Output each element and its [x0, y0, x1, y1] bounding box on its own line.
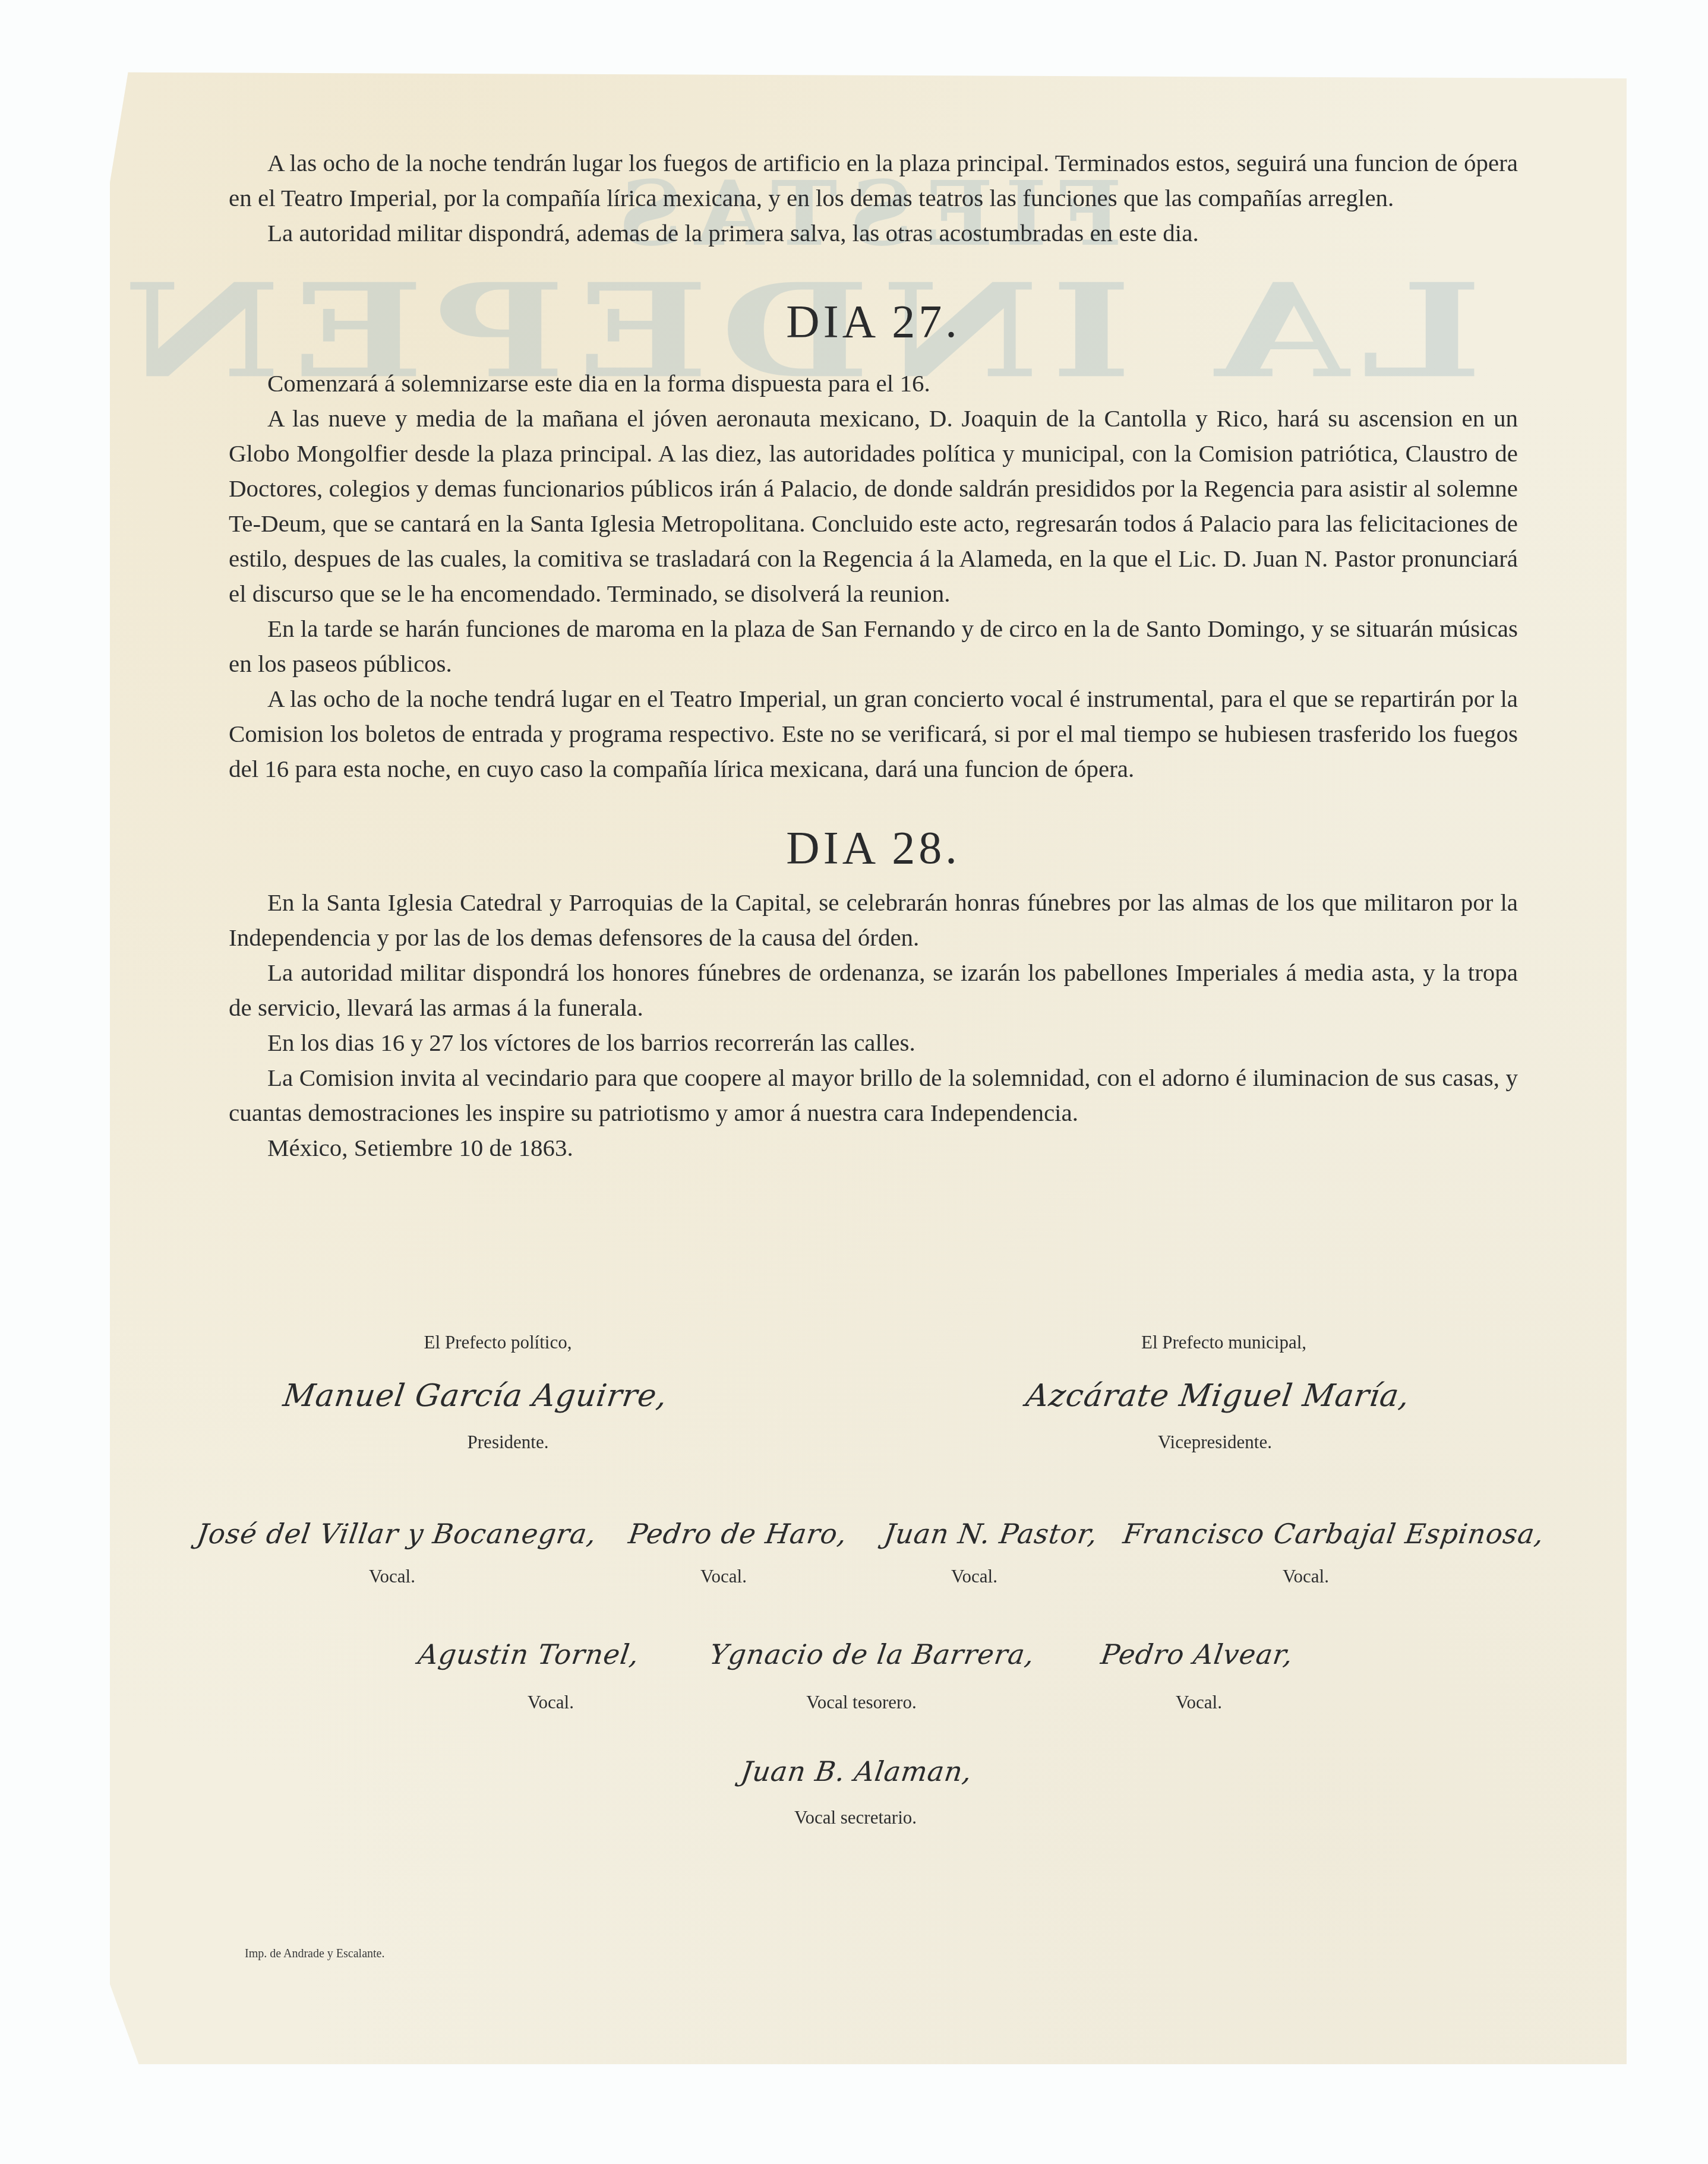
dateline: México, Setiembre 10 de 1863.: [229, 1130, 1518, 1165]
section-heading-dia-27: DIA 27.: [229, 295, 1518, 348]
paragraph: Comenzará á solemnizarse este dia en la …: [229, 366, 1518, 401]
paragraph: En la Santa Iglesia Catedral y Parroquia…: [229, 885, 1518, 955]
paragraph: La autoridad militar dispondrá, ademas d…: [229, 216, 1518, 251]
paragraph: A las ocho de la noche tendrá lugar en e…: [229, 681, 1518, 786]
paragraph: A las ocho de la noche tendrán lugar los…: [229, 146, 1518, 216]
paragraph: En los dias 16 y 27 los víctores de los …: [229, 1025, 1518, 1060]
paragraph: La Comision invita al vecindario para qu…: [229, 1060, 1518, 1130]
paper-sheet: FIESTAS LA INDEPENDENCIA A las ocho de l…: [110, 62, 1627, 2064]
paragraph: La autoridad militar dispondrá los honor…: [229, 955, 1518, 1025]
section-heading-dia-28: DIA 28.: [229, 821, 1518, 874]
paragraph: En la tarde se harán funciones de maroma…: [229, 611, 1518, 681]
paragraph: A las nueve y media de la mañana el jóve…: [229, 401, 1518, 611]
document-body: A las ocho de la noche tendrán lugar los…: [229, 146, 1518, 1165]
